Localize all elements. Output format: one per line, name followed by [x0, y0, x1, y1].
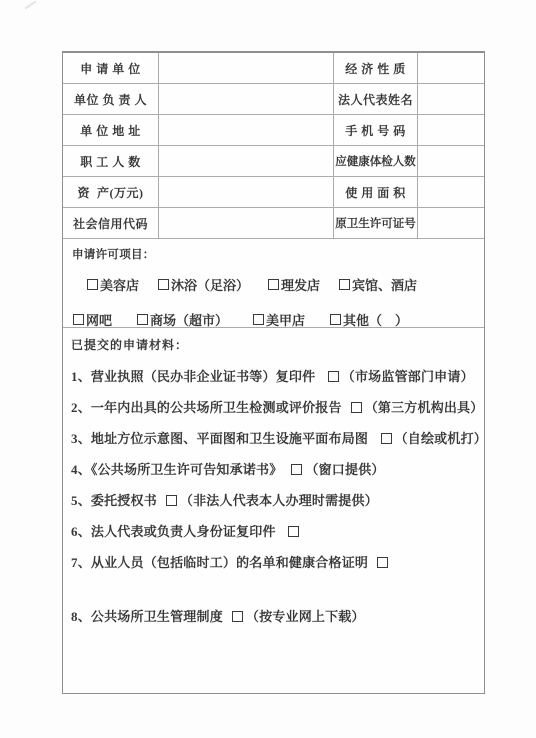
material-item-3: 3、地址方位示意图、平面图和卫生设施平面布局图 （自绘或机打）: [71, 432, 476, 446]
checkbox-icon[interactable]: [166, 495, 177, 506]
section-title-materials: 已提交的申请材料：: [71, 336, 476, 353]
field-label-legal-rep-name: 法人代表姓名: [334, 84, 418, 115]
checkbox-icon[interactable]: [328, 371, 339, 382]
field-label-unit-head: 单位 负 责 人: [63, 84, 159, 115]
material-item-text: 6、法人代表或负责人身份证复印件: [71, 524, 279, 539]
checkbox-icon[interactable]: [268, 279, 279, 290]
field-value-original-permit-no[interactable]: [418, 208, 484, 239]
checkbox-icon[interactable]: [232, 611, 243, 622]
field-value-applicant-unit[interactable]: [159, 53, 334, 84]
license-option-label: 美甲店: [266, 310, 305, 329]
license-option-label: 沐浴（足浴）: [171, 275, 249, 294]
checkbox-icon[interactable]: [351, 402, 362, 413]
material-item-text: 2、一年内出具的公共场所卫生检测或评价报告: [71, 400, 342, 415]
license-option-nail-shop[interactable]: 美甲店: [253, 310, 305, 329]
checkbox-icon[interactable]: [253, 314, 264, 325]
field-value-staff-count[interactable]: [159, 146, 334, 177]
material-item-text: 1、营业执照（民办非企业证书等）复印件: [71, 369, 319, 384]
license-option-label: 商场（超市）: [150, 310, 228, 329]
field-value-economic-nature[interactable]: [418, 53, 484, 84]
license-options-row-2: 网吧 商场（超市） 美甲店 其他（ ）: [72, 310, 474, 329]
material-item-5: 5、委托授权书（非法人代表本人办理时需提供）: [71, 494, 476, 508]
field-label-applicant-unit: 申 请 单 位: [63, 53, 159, 84]
checkbox-icon[interactable]: [291, 464, 302, 475]
field-label-assets: 资 产(万元): [63, 177, 159, 208]
license-option-beauty-shop[interactable]: 美容店: [87, 275, 139, 294]
field-label-use-area: 使 用 面 积: [334, 177, 418, 208]
license-option-other[interactable]: 其他（ ）: [330, 310, 408, 329]
checkbox-icon[interactable]: [73, 314, 84, 325]
material-item-text: 7、从业人员（包括临时工）的名单和健康合格证明: [71, 555, 368, 570]
license-option-mall-supermarket[interactable]: 商场（超市）: [137, 310, 228, 329]
materials-section: 已提交的申请材料： 1、营业执照（民办非企业证书等）复印件 （市场监管部门申请）…: [63, 328, 484, 624]
field-label-staff-count: 职 工 人 数: [63, 146, 159, 177]
material-item-note: （自绘或机打）: [395, 431, 487, 446]
field-value-assets[interactable]: [159, 177, 334, 208]
material-item-4: 4、《公共场所卫生许可告知承诺书》（窗口提供）: [71, 463, 476, 477]
checkbox-icon[interactable]: [87, 279, 98, 290]
section-title-license-items: 申请许可项目：: [72, 246, 474, 262]
license-items-section: 申请许可项目： 美容店 沐浴（足浴） 理发店 宾馆、酒店 网吧 商场（超市） 美…: [63, 239, 484, 328]
field-value-legal-rep-name[interactable]: [418, 84, 484, 115]
material-item-note: （窗口提供）: [305, 462, 384, 477]
license-option-hotel[interactable]: 宾馆、酒店: [339, 275, 417, 294]
license-option-label: 美容店: [100, 275, 139, 294]
material-item-6: 6、法人代表或负责人身份证复印件: [71, 525, 476, 539]
material-item-text: 8、公共场所卫生管理制度: [71, 609, 223, 624]
field-label-economic-nature: 经 济 性 质: [334, 53, 418, 84]
field-value-health-exam-count[interactable]: [418, 146, 484, 177]
license-option-internet-cafe[interactable]: 网吧: [73, 310, 112, 329]
checkbox-icon[interactable]: [330, 314, 341, 325]
material-item-note: （市场监管部门申请）: [342, 369, 474, 384]
checkbox-icon[interactable]: [377, 557, 388, 568]
checkbox-icon[interactable]: [339, 279, 350, 290]
license-option-label: 网吧: [86, 310, 112, 329]
material-item-note: （第三方机构出具）: [365, 400, 484, 415]
checkbox-icon[interactable]: [381, 433, 392, 444]
field-label-mobile-number: 手 机 号 码: [334, 115, 418, 146]
license-option-label: 理发店: [281, 275, 320, 294]
application-form-table: 申 请 单 位 经 济 性 质 单位 负 责 人 法人代表姓名 单 位 地 址 …: [62, 51, 485, 694]
license-option-label: 其他（ ）: [343, 310, 408, 329]
field-label-original-permit-no: 原卫生许可证号: [334, 208, 418, 239]
applicant-info-grid: 申 请 单 位 经 济 性 质 单位 负 责 人 法人代表姓名 单 位 地 址 …: [63, 53, 484, 239]
field-label-unit-address: 单 位 地 址: [63, 115, 159, 146]
scan-artifact: [25, 0, 37, 9]
material-item-2: 2、一年内出具的公共场所卫生检测或评价报告（第三方机构出具）: [71, 401, 476, 415]
field-value-unit-head[interactable]: [159, 84, 334, 115]
field-value-social-credit-code[interactable]: [159, 208, 334, 239]
field-value-mobile-number[interactable]: [418, 115, 484, 146]
field-value-use-area[interactable]: [418, 177, 484, 208]
field-value-unit-address[interactable]: [159, 115, 334, 146]
checkbox-icon[interactable]: [158, 279, 169, 290]
material-item-7: 7、从业人员（包括临时工）的名单和健康合格证明: [71, 556, 476, 570]
material-item-text: 4、《公共场所卫生许可告知承诺书》: [71, 462, 282, 477]
license-option-bath-footbath[interactable]: 沐浴（足浴）: [158, 275, 249, 294]
material-item-1: 1、营业执照（民办非企业证书等）复印件 （市场监管部门申请）: [71, 370, 476, 384]
material-item-note: （非法人代表本人办理时需提供）: [180, 493, 378, 508]
field-label-social-credit-code: 社会信用代码: [63, 208, 159, 239]
scanned-form-page: 申 请 单 位 经 济 性 质 单位 负 责 人 法人代表姓名 单 位 地 址 …: [0, 0, 536, 738]
license-option-label: 宾馆、酒店: [352, 275, 417, 294]
material-item-text: 5、委托授权书: [71, 493, 157, 508]
checkbox-icon[interactable]: [137, 314, 148, 325]
material-item-8: 8、公共场所卫生管理制度（按专业网上下载）: [71, 610, 476, 624]
checkbox-icon[interactable]: [288, 526, 299, 537]
material-item-note: （按专业网上下载）: [246, 609, 365, 624]
license-options-row-1: 美容店 沐浴（足浴） 理发店 宾馆、酒店: [72, 275, 474, 294]
material-item-text: 3、地址方位示意图、平面图和卫生设施平面布局图: [71, 431, 372, 446]
field-label-health-exam-count: 应健康体检人数: [334, 146, 418, 177]
license-option-barber-shop[interactable]: 理发店: [268, 275, 320, 294]
